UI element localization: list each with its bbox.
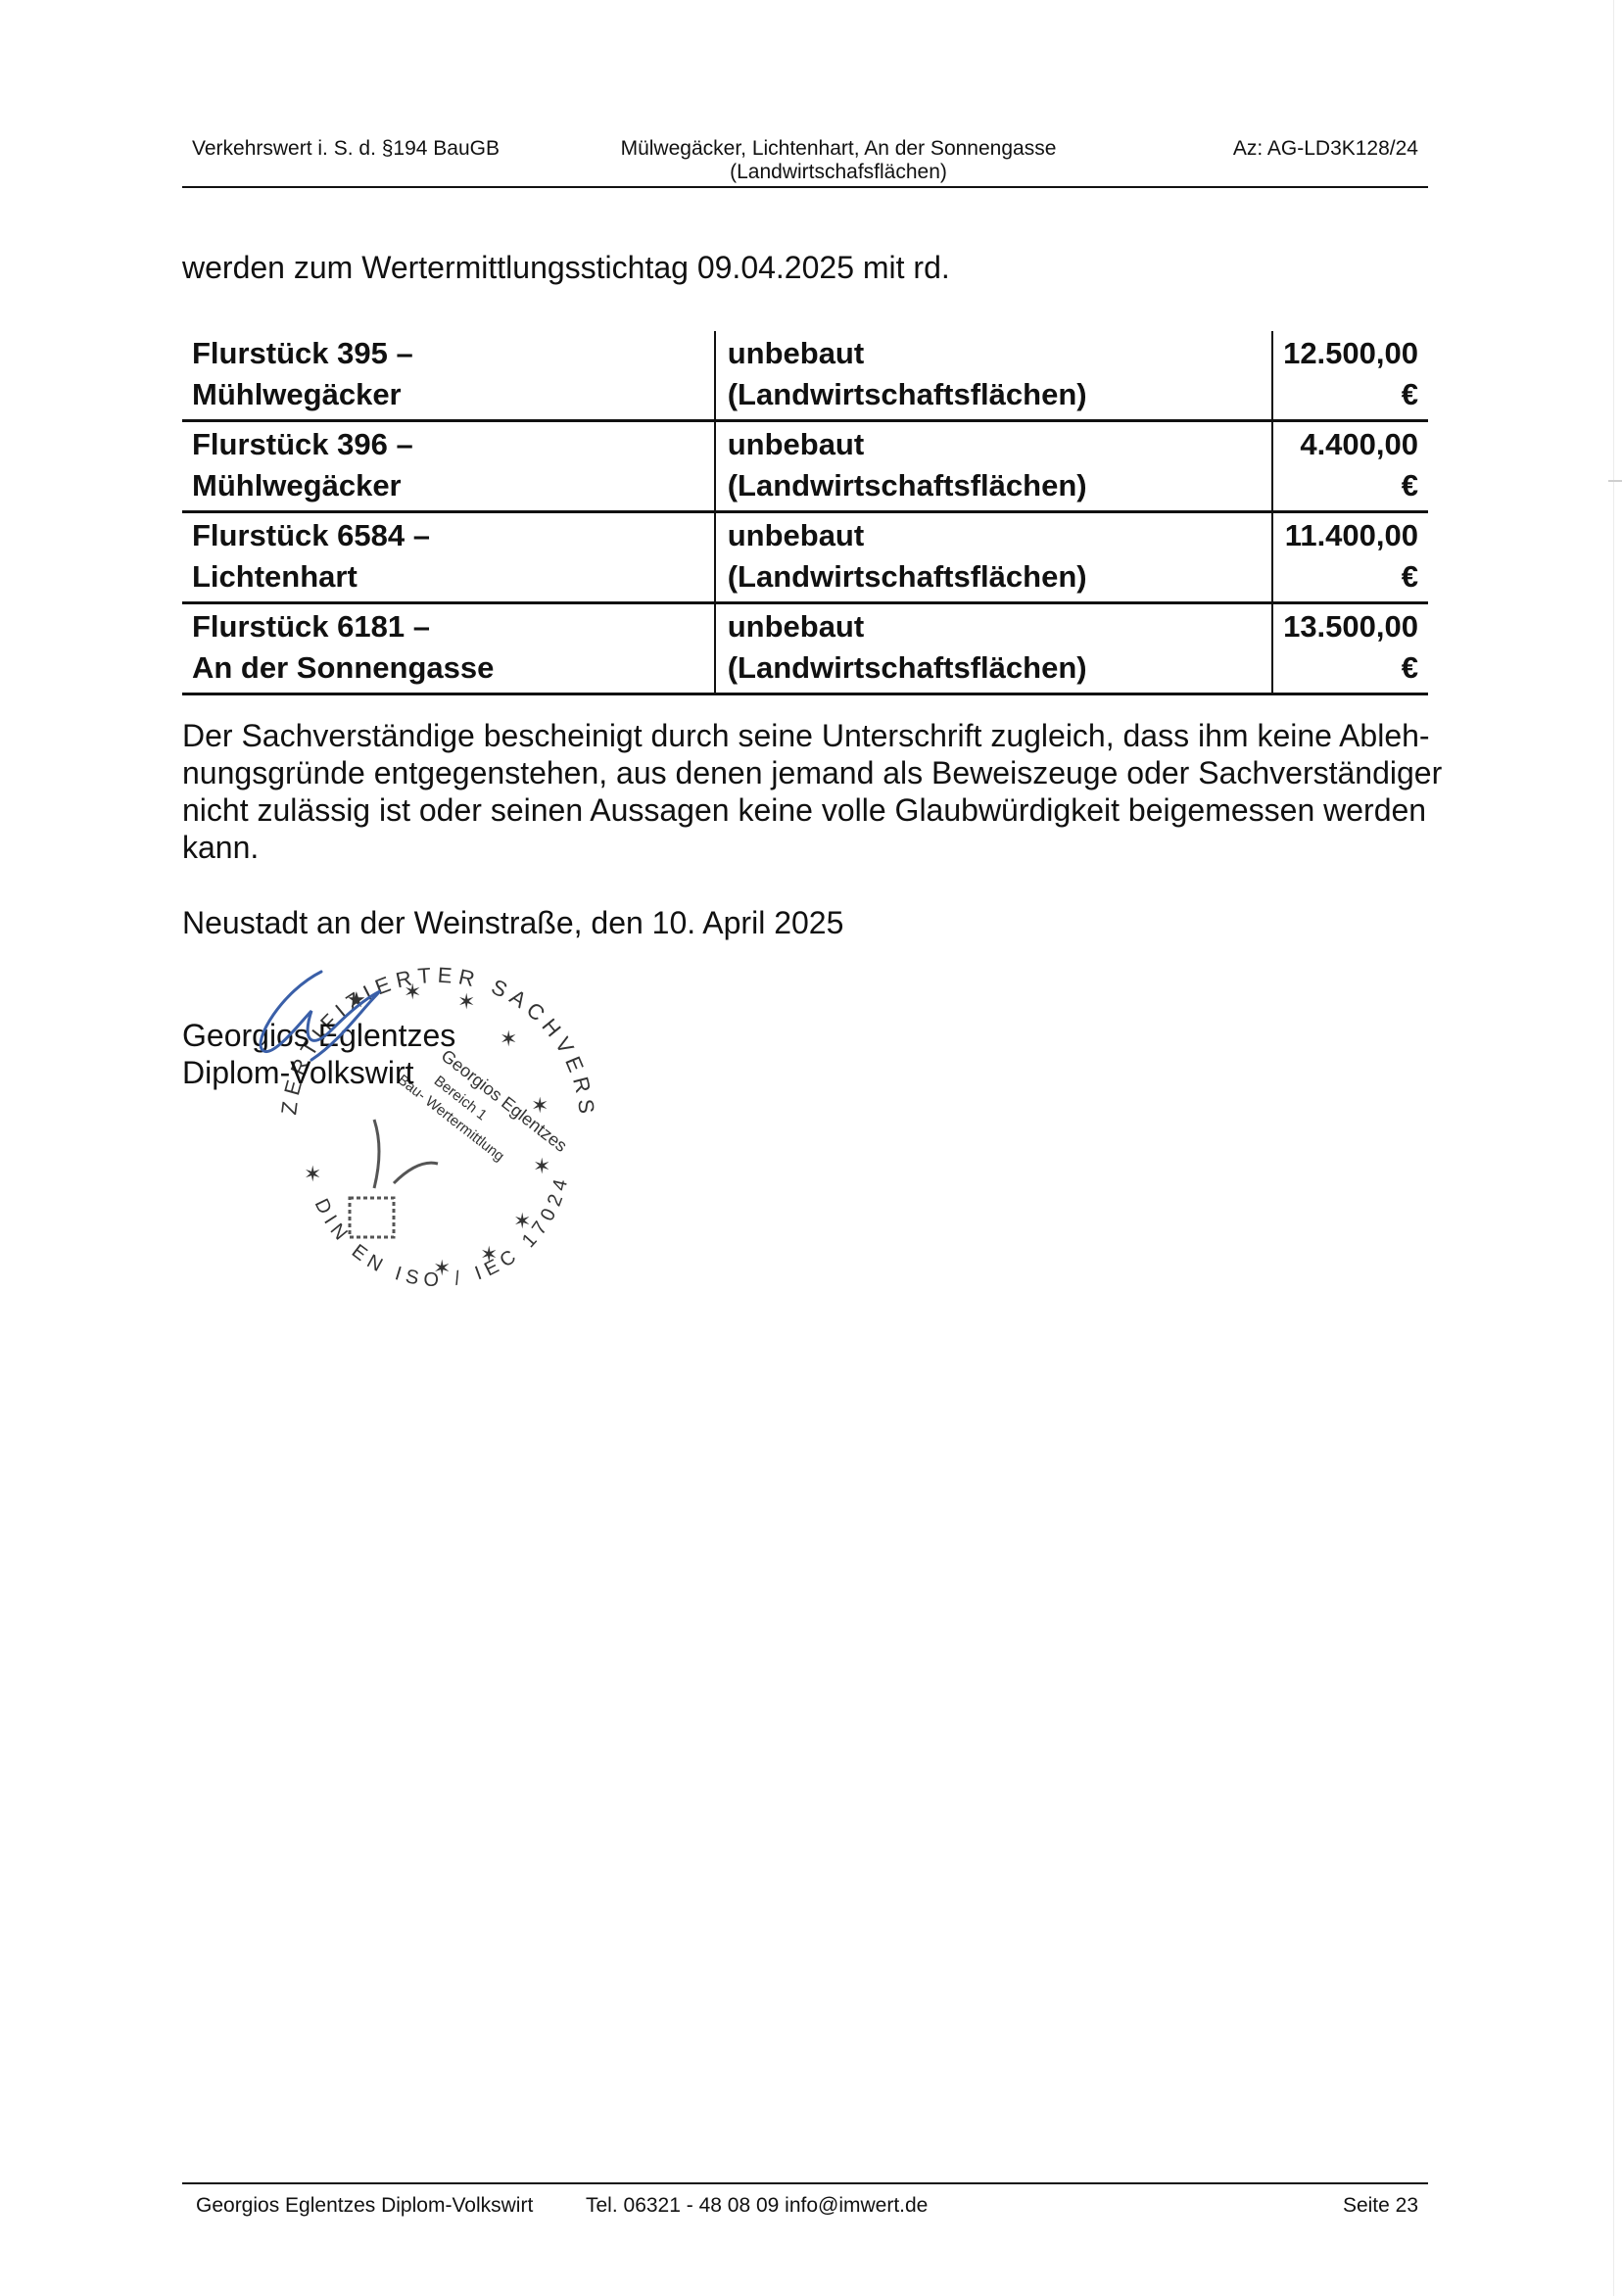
handwritten-signature xyxy=(243,952,458,1099)
svg-text:✶: ✶ xyxy=(531,1093,549,1118)
table-row: Flurstück 6584 –Lichtenhartunbebaut(Land… xyxy=(182,512,1428,603)
land-use: (Landwirtschaftsflächen) xyxy=(728,647,1262,689)
page-footer: Georgios Eglentzes Diplom-Volkswirt Tel.… xyxy=(182,2182,1428,2222)
land-use: (Landwirtschaftsflächen) xyxy=(728,374,1262,415)
svg-text:✶: ✶ xyxy=(433,1256,451,1280)
parcel-location: Mühlwegäcker xyxy=(192,465,704,506)
table-row: Flurstück 396 –Mühlwegäckerunbebaut(Land… xyxy=(182,421,1428,512)
footer-contact: Tel. 06321 - 48 08 09 info@imwert.de xyxy=(586,2194,928,2218)
svg-text:✶: ✶ xyxy=(513,1209,531,1233)
svg-text:✶: ✶ xyxy=(457,989,475,1014)
status-cell: unbebaut(Landwirtschaftsflächen) xyxy=(715,512,1272,603)
header-property-title: Mülwegäcker, Lichtenhart, An der Sonneng… xyxy=(613,137,1064,184)
land-use: (Landwirtschaftsflächen) xyxy=(728,465,1262,506)
svg-text:✶: ✶ xyxy=(533,1154,550,1178)
table-row: Flurstück 395 –Mühlwegäckerunbebaut(Land… xyxy=(182,331,1428,421)
svg-text:✶: ✶ xyxy=(480,1242,498,1267)
parcel-location: Mühlwegäcker xyxy=(192,374,704,415)
development-status: unbebaut xyxy=(728,424,1262,465)
intro-sentence: werden zum Wertermittlungsstichtag 09.04… xyxy=(182,250,950,286)
parcel-location: Lichtenhart xyxy=(192,556,704,598)
table-row: Flurstück 6181 –An der Sonnengasseunbeba… xyxy=(182,603,1428,694)
parcel-cell: Flurstück 395 –Mühlwegäcker xyxy=(182,331,715,421)
status-cell: unbebaut(Landwirtschaftsflächen) xyxy=(715,331,1272,421)
parcel-cell: Flurstück 396 –Mühlwegäcker xyxy=(182,421,715,512)
header-valuation-basis: Verkehrswert i. S. d. §194 BauGB xyxy=(192,137,500,161)
status-cell: unbebaut(Landwirtschaftsflächen) xyxy=(715,421,1272,512)
scan-edge xyxy=(1613,0,1614,2296)
land-use: (Landwirtschaftsflächen) xyxy=(728,556,1262,598)
page-header: Verkehrswert i. S. d. §194 BauGB Mülwegä… xyxy=(182,135,1428,188)
parcel-number: Flurstück 6584 – xyxy=(192,515,704,556)
header-file-reference: Az: AG-LD3K128/24 xyxy=(1233,137,1418,161)
footer-author: Georgios Eglentzes Diplom-Volkswirt xyxy=(196,2194,533,2218)
parcel-cell: Flurstück 6181 –An der Sonnengasse xyxy=(182,603,715,694)
declaration-paragraph: Der Sachverständige bescheinigt durch se… xyxy=(182,717,1495,866)
parcel-number: Flurstück 396 – xyxy=(192,424,704,465)
value-cell: 13.500,00 € xyxy=(1272,603,1428,694)
status-cell: unbebaut(Landwirtschaftsflächen) xyxy=(715,603,1272,694)
value-cell: 4.400,00 € xyxy=(1272,421,1428,512)
parcel-number: Flurstück 395 – xyxy=(192,333,704,374)
scan-mark xyxy=(1608,480,1622,482)
development-status: unbebaut xyxy=(728,606,1262,647)
parcel-number: Flurstück 6181 – xyxy=(192,606,704,647)
svg-text:✶: ✶ xyxy=(304,1162,321,1186)
header-land-type: (Landwirtschafsflächen) xyxy=(613,161,1064,184)
page-number: Seite 23 xyxy=(1343,2194,1418,2218)
place-and-date: Neustadt an der Weinstraße, den 10. Apri… xyxy=(182,905,843,941)
value-cell: 12.500,00 € xyxy=(1272,331,1428,421)
stamp-emblem-icon xyxy=(350,1120,438,1237)
header-rule xyxy=(182,186,1428,188)
header-locations: Mülwegäcker, Lichtenhart, An der Sonneng… xyxy=(613,137,1064,161)
development-status: unbebaut xyxy=(728,333,1262,374)
footer-rule xyxy=(182,2182,1428,2184)
parcel-location: An der Sonnengasse xyxy=(192,647,704,689)
valuation-table: Flurstück 395 –Mühlwegäckerunbebaut(Land… xyxy=(182,331,1428,695)
svg-text:✶: ✶ xyxy=(500,1027,517,1051)
development-status: unbebaut xyxy=(728,515,1262,556)
parcel-cell: Flurstück 6584 –Lichtenhart xyxy=(182,512,715,603)
value-cell: 11.400,00 € xyxy=(1272,512,1428,603)
